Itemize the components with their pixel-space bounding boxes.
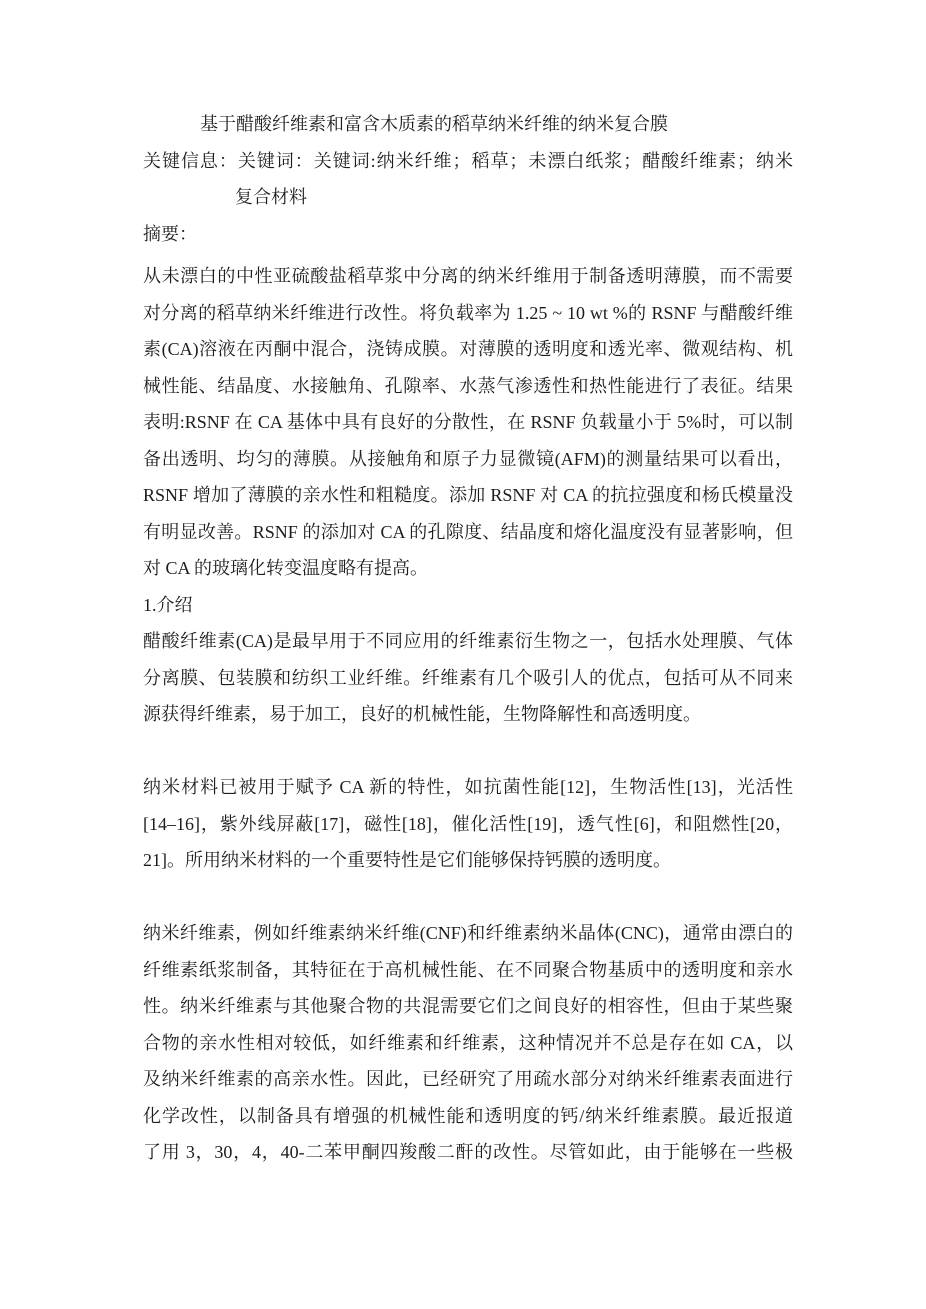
intro-paragraph-2-line: 纳米材料已被用于赋予 CA 新的特性，如抗菌性能[12]，生物活性[13]，光活…	[143, 769, 793, 806]
abstract-text-line: 对分离的稻草纳米纤维进行改性。将负载率为 1.25 ~ 10 wt %的 RSN…	[143, 295, 793, 332]
intro-paragraph-2-line: 21]。所用纳米材料的一个重要特性是它们能够保持钙膜的透明度。	[143, 842, 793, 879]
document-page: 基于醋酸纤维素和富含木质素的稻草纳米纤维的纳米复合膜 关键信息：关键词：关键词:…	[143, 106, 793, 1171]
abstract-text-line: 对 CA 的玻璃化转变温度略有提高。	[143, 550, 793, 587]
intro-paragraph-3-line: 了用 3，30，4，40-二苯甲酮四羧酸二酐的改性。尽管如此，由于能够在一些极	[143, 1134, 793, 1171]
abstract-text-line: 械性能、结晶度、水接触角、孔隙率、水蒸气渗透性和热性能进行了表征。结果	[143, 368, 793, 405]
intro-paragraph-3-line: 纳米纤维素，例如纤维素纳米纤维(CNF)和纤维素纳米晶体(CNC)，通常由漂白的	[143, 915, 793, 952]
intro-paragraph-3-line: 性。纳米纤维素与其他聚合物的共混需要它们之间良好的相容性，但由于某些聚	[143, 988, 793, 1025]
section-1-heading: 1.介绍	[143, 587, 793, 624]
intro-paragraph-2-line: [14–16]，紫外线屏蔽[17]，磁性[18]，催化活性[19]，透气性[6]…	[143, 806, 793, 843]
keywords-line-2: 复合材料	[143, 179, 793, 216]
abstract-label: 摘要：	[143, 216, 793, 253]
blank-line	[143, 733, 793, 770]
abstract-text-line: 有明显改善。RSNF 的添加对 CA 的孔隙度、结晶度和熔化温度没有显著影响，但	[143, 514, 793, 551]
paper-title: 基于醋酸纤维素和富含木质素的稻草纳米纤维的纳米复合膜	[143, 106, 793, 143]
abstract-text-line: 素(CA)溶液在丙酮中混合，浇铸成膜。对薄膜的透明度和透光率、微观结构、机	[143, 331, 793, 368]
intro-paragraph-3-line: 化学改性，以制备具有增强的机械性能和透明度的钙/纳米纤维素膜。最近报道	[143, 1098, 793, 1135]
intro-paragraph-3-line: 纤维素纸浆制备，其特征在于高机械性能、在不同聚合物基质中的透明度和亲水	[143, 952, 793, 989]
blank-line	[143, 879, 793, 916]
intro-paragraph-3-line: 合物的亲水性相对较低，如纤维素和纤维素，这种情况并不总是存在如 CA，以	[143, 1025, 793, 1062]
intro-paragraph-1-line: 分离膜、包装膜和纺织工业纤维。纤维素有几个吸引人的优点，包括可从不同来	[143, 660, 793, 697]
intro-paragraph-3-line: 及纳米纤维素的高亲水性。因此，已经研究了用疏水部分对纳米纤维素表面进行	[143, 1061, 793, 1098]
abstract-text-line: 备出透明、均匀的薄膜。从接触角和原子力显微镜(AFM)的测量结果可以看出，	[143, 441, 793, 478]
abstract-text-line: RSNF 增加了薄膜的亲水性和粗糙度。添加 RSNF 对 CA 的抗拉强度和杨氏…	[143, 477, 793, 514]
keywords-line-1: 关键信息：关键词：关键词:纳米纤维；稻草；未漂白纸浆；醋酸纤维素；纳米	[143, 143, 793, 180]
intro-paragraph-1-line: 源获得纤维素，易于加工，良好的机械性能，生物降解性和高透明度。	[143, 696, 793, 733]
abstract-text-line: 表明:RSNF 在 CA 基体中具有良好的分散性，在 RSNF 负载量小于 5%…	[143, 404, 793, 441]
abstract-text-line: 从未漂白的中性亚硫酸盐稻草浆中分离的纳米纤维用于制备透明薄膜，而不需要	[143, 258, 793, 295]
intro-paragraph-1-line: 醋酸纤维素(CA)是最早用于不同应用的纤维素衍生物之一，包括水处理膜、气体	[143, 623, 793, 660]
